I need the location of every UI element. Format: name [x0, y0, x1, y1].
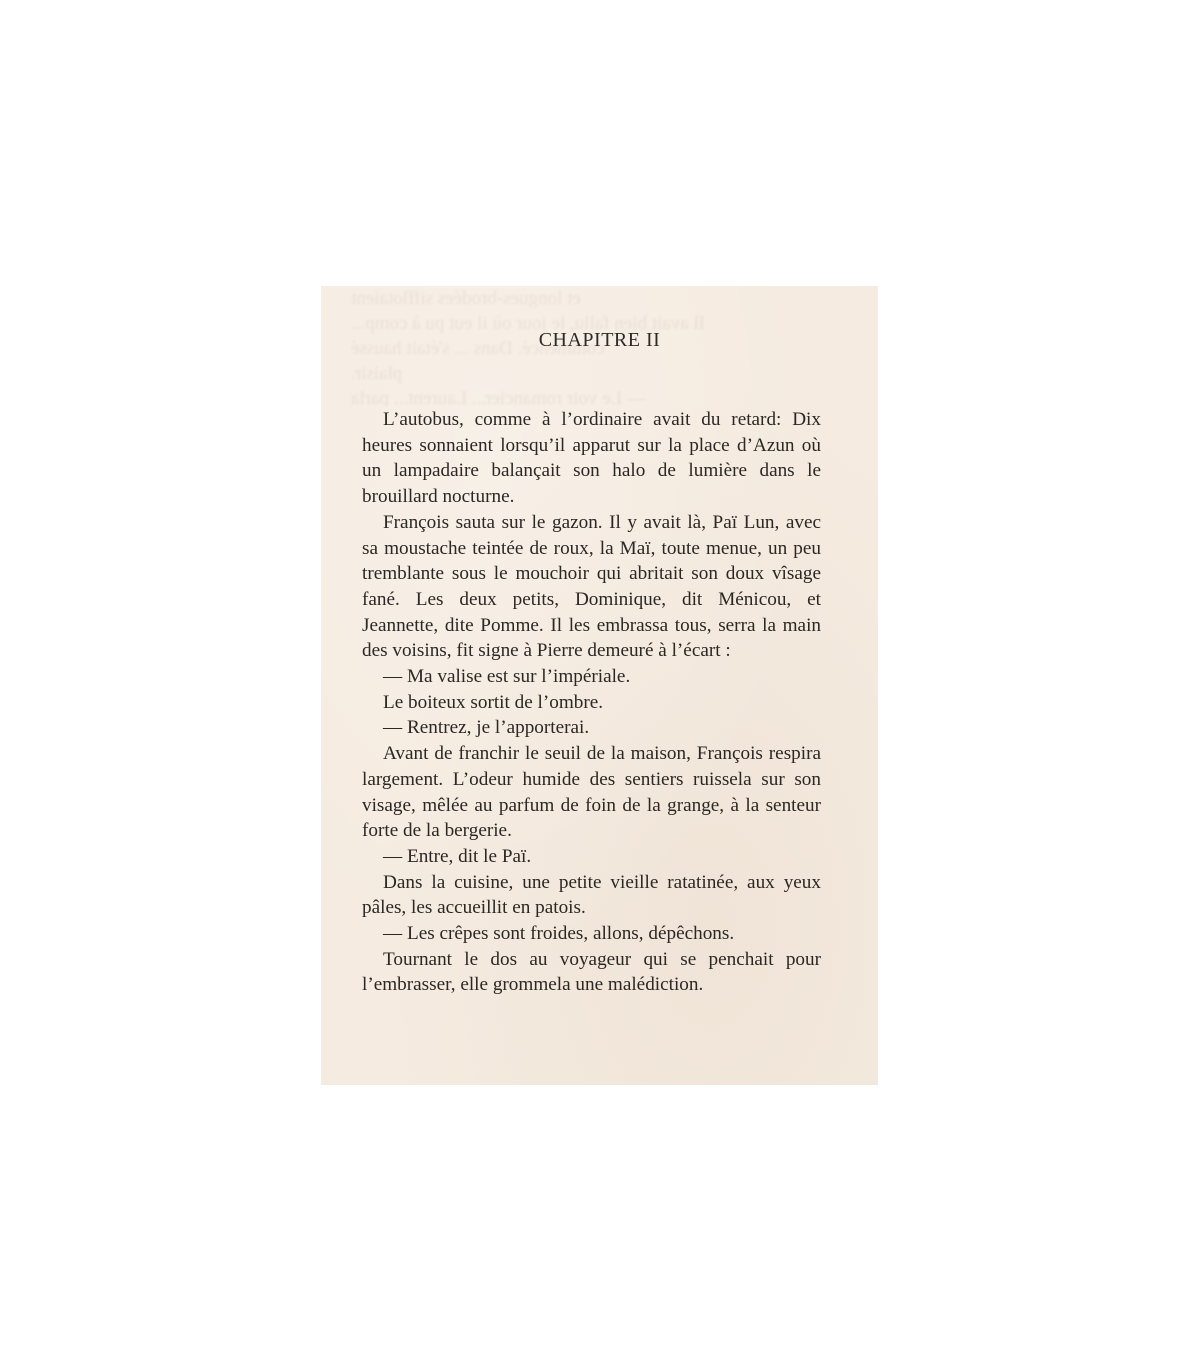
show-through-line: plaisir. — [351, 361, 838, 386]
paragraph: Le boiteux sortit de l’ombre. — [362, 690, 821, 716]
paragraph: François sauta sur le gazon. Il y avait … — [362, 510, 821, 664]
dialogue-line: — Rentrez, je l’apporterai. — [362, 715, 821, 741]
chapter-body: L’autobus, comme à l’ordinaire avait du … — [362, 407, 821, 998]
paragraph: L’autobus, comme à l’ordinaire avait du … — [362, 407, 821, 510]
paragraph: Tournant le dos au voyageur qui se pench… — [362, 947, 821, 998]
chapter-title: CHAPITRE II — [321, 329, 878, 352]
paragraph: Avant de franchir le seuil de la maison,… — [362, 741, 821, 844]
dialogue-line: — Entre, dit le Paï. — [362, 844, 821, 870]
paragraph: Dans la cuisine, une petite vieille rata… — [362, 870, 821, 921]
show-through-line: — Le voir romancier... Laurent... parla — [351, 386, 838, 406]
dialogue-line: — Les crêpes sont froides, allons, dépêc… — [362, 921, 821, 947]
dialogue-line: — Ma valise est sur l’impériale. — [362, 664, 821, 690]
book-page: et longues-brodées sifflotaient Il avait… — [321, 286, 878, 1085]
show-through-line: et longues-brodées sifflotaient — [351, 286, 838, 311]
